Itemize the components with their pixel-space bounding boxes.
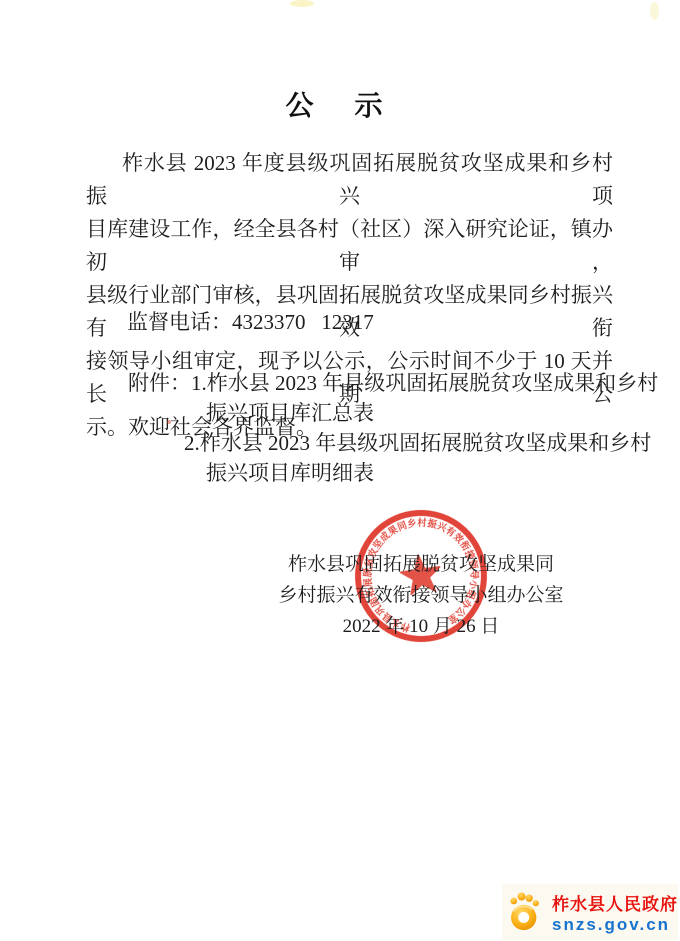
attachment-item-number: 1. <box>191 371 207 395</box>
notice-title: 公 示 <box>0 84 680 124</box>
body-line: 目库建设工作，经全县各村（社区）深入研究论证，镇办初审， <box>86 213 613 279</box>
signature-org-line-2: 乡村振兴有效衔接领导小组办公室 <box>270 580 572 611</box>
body-line: 柞水县 2023 年度县级巩固拓展脱贫攻坚成果和乡村振兴项 <box>86 147 613 213</box>
footer-logo: 柞水县人民政府 snzs.gov.cn <box>502 884 678 940</box>
footer-logo-text: 柞水县人民政府 snzs.gov.cn <box>552 890 678 935</box>
attachment-label: 附件： <box>128 371 191 395</box>
attachments-block: 附件：1.柞水县 2023 年县级巩固拓展脱贫攻坚成果和乡村 振兴项目库汇总表 … <box>128 368 594 488</box>
gov-name: 柞水县人民政府 <box>552 890 678 915</box>
gov-domain: snzs.gov.cn <box>552 915 678 935</box>
attachment-item-text: 柞水县 2023 年县级巩固拓展脱贫攻坚成果和乡村 <box>200 431 652 455</box>
supervision-phone-line: 监督电话：4323370 12317 <box>127 306 374 339</box>
attachment-line: 振兴项目库汇总表 <box>128 398 594 428</box>
attachment-line: 2.柞水县 2023 年县级巩固拓展脱贫攻坚成果和乡村 <box>128 428 594 458</box>
attachment-line: 附件：1.柞水县 2023 年县级巩固拓展脱贫攻坚成果和乡村 <box>128 368 594 398</box>
signature-block: 柞水县巩固拓展脱贫攻坚成果同 乡村振兴有效衔接领导小组办公室 2022 年 10… <box>270 549 572 642</box>
scan-artifact <box>650 2 659 20</box>
attachment-item-number: 2. <box>184 431 200 455</box>
attachment-item-text: 柞水县 2023 年县级巩固拓展脱贫攻坚成果和乡村 <box>207 371 659 395</box>
footprint-icon <box>505 890 549 934</box>
scan-artifact <box>290 0 314 7</box>
attachment-line: 振兴项目库明细表 <box>128 458 594 488</box>
notice-document: 公 示 柞水县 2023 年度县级巩固拓展脱贫攻坚成果和乡村振兴项 目库建设工作… <box>0 0 680 941</box>
signature-date: 2022 年 10 月 26 日 <box>270 611 572 642</box>
signature-org-line-1: 柞水县巩固拓展脱贫攻坚成果同 <box>270 549 572 580</box>
